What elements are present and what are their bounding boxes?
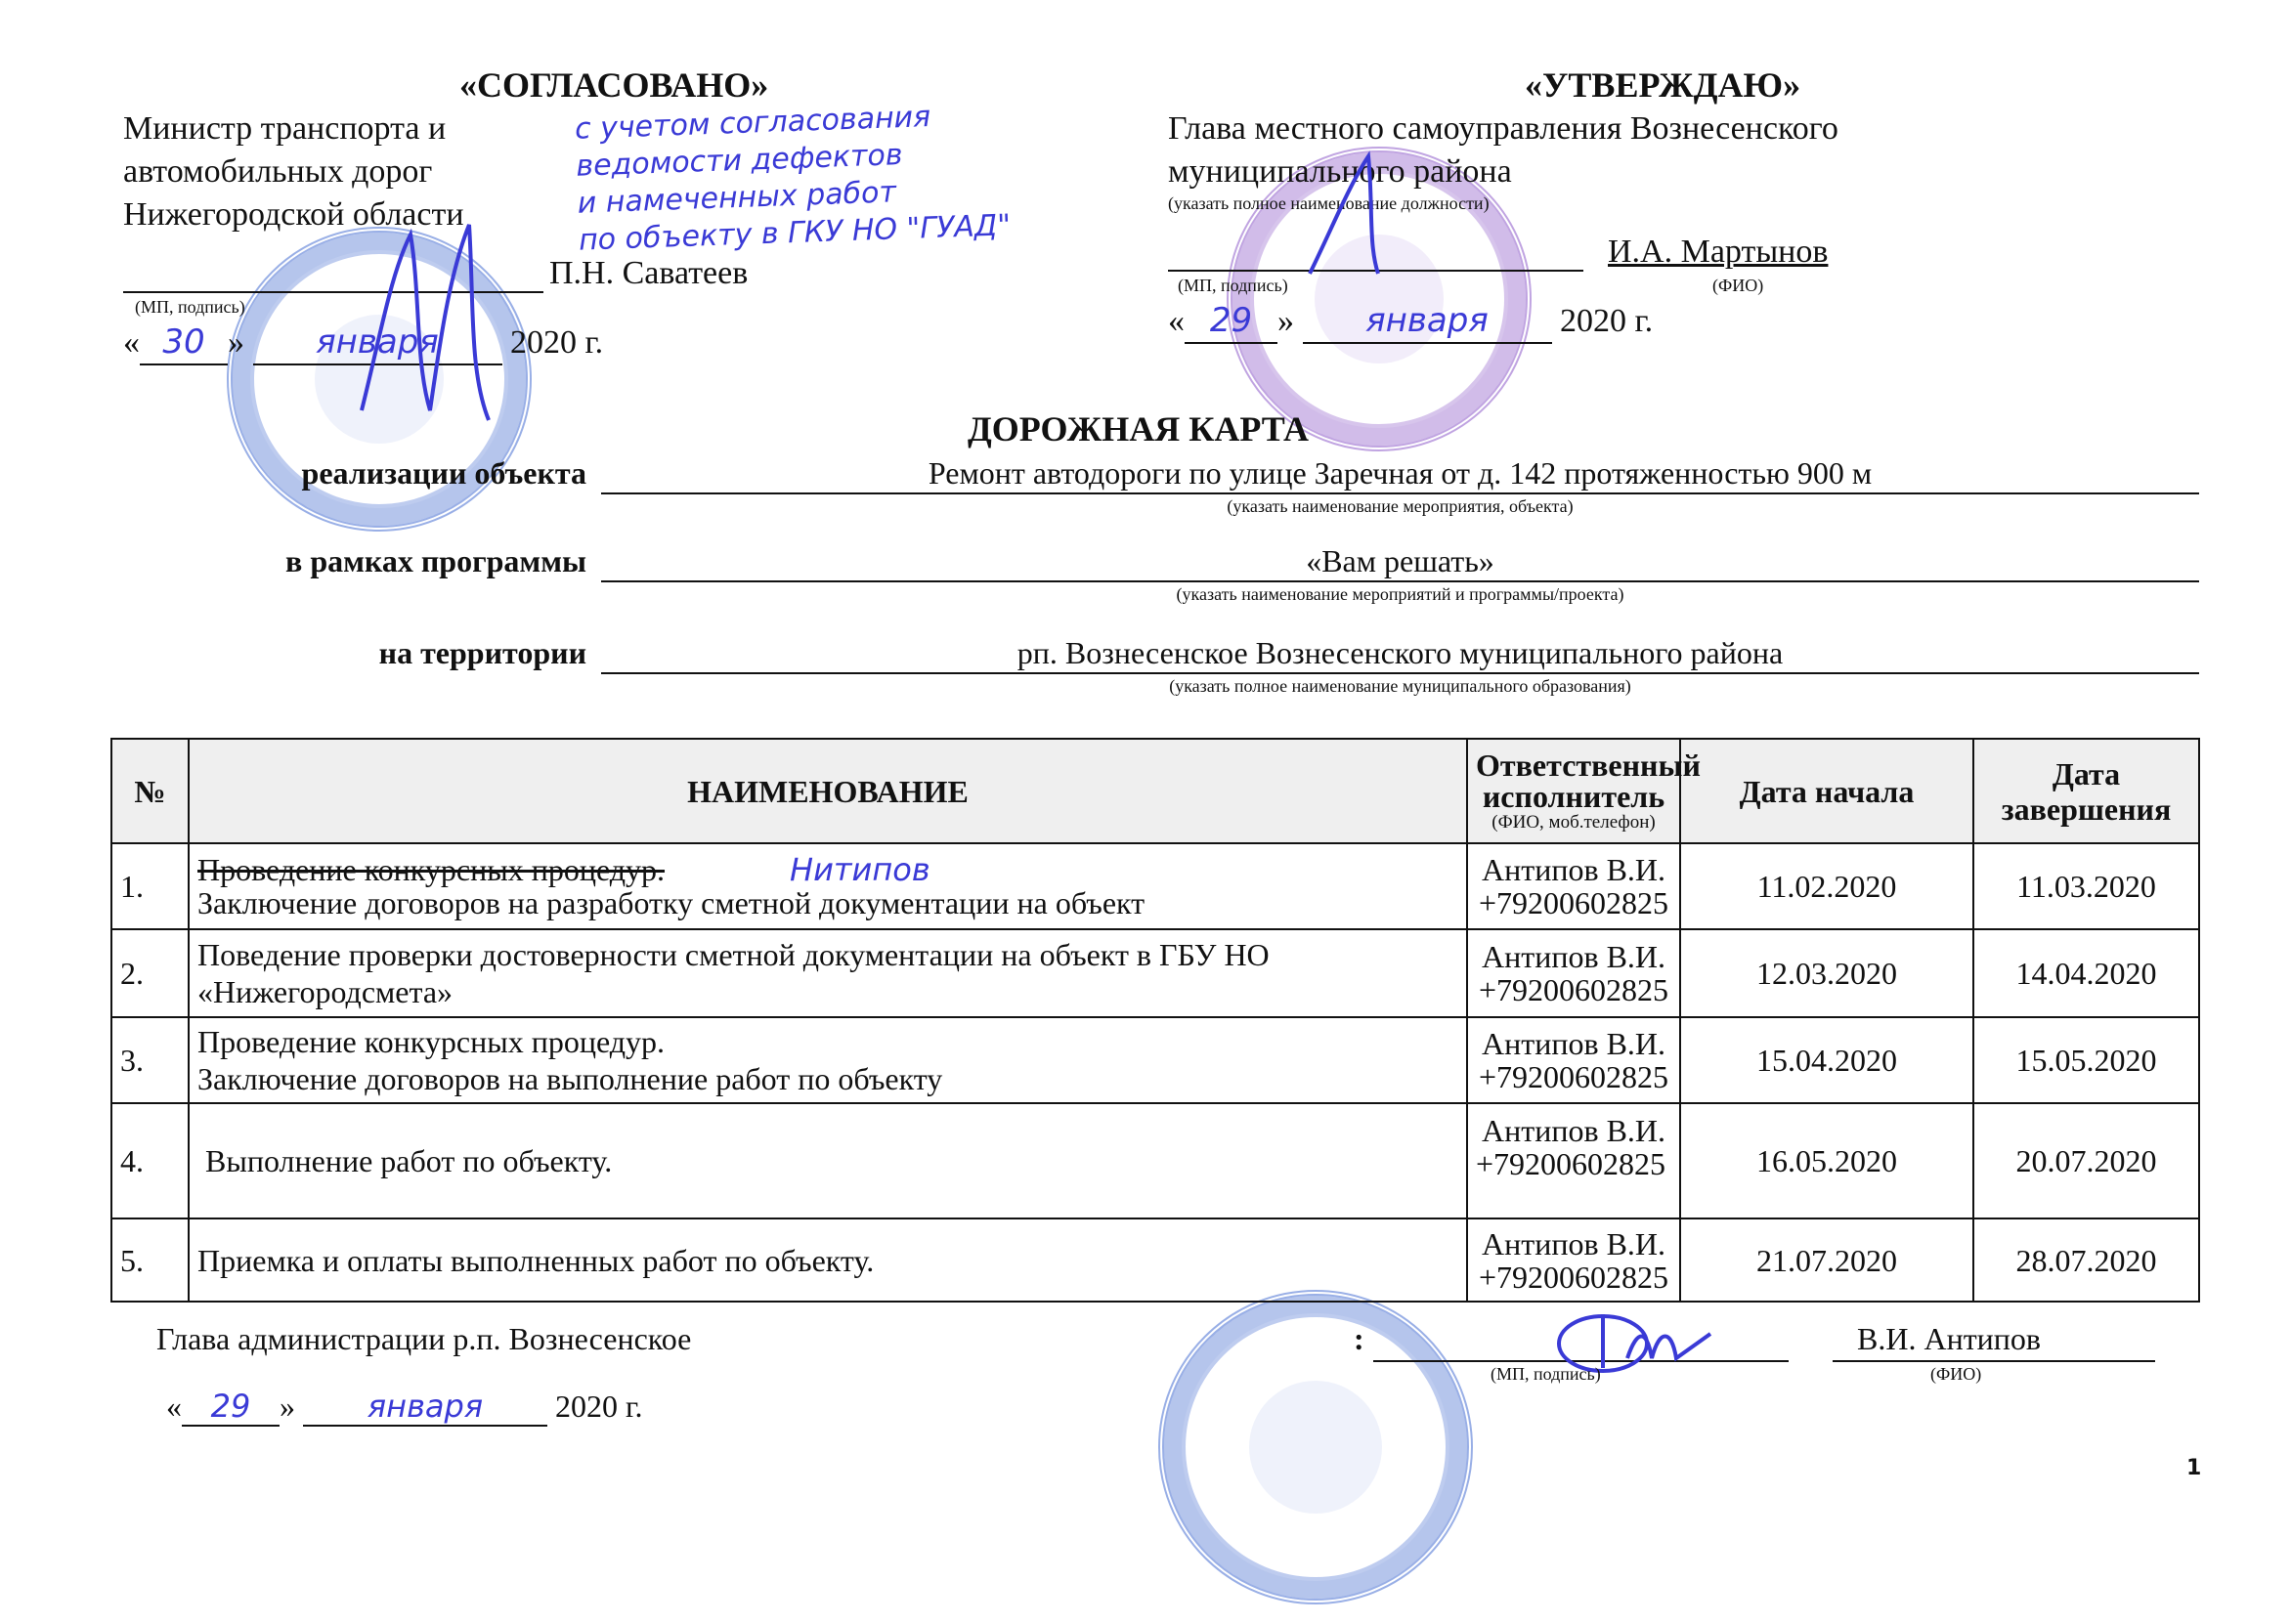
table-row: 3. Проведение конкурсных процедур. Заклю… [111, 1017, 2199, 1103]
row-start-date: 15.04.2020 [1680, 1017, 1973, 1103]
document-title: ДОРОЖНАЯ КАРТА [968, 408, 1309, 449]
approval-right-position: Глава местного самоуправления Вознесенск… [1168, 107, 1838, 193]
field-value-program: «Вам решать» [601, 543, 2199, 579]
date-day-handwritten: 29 [1185, 299, 1277, 344]
row-num: 5. [111, 1218, 189, 1302]
footer-position: Глава администрации р.п. Вознесенское [156, 1321, 691, 1357]
position-line: автомобильных дорог [123, 150, 464, 193]
row-name: Проведение конкурсных процедур. Нитипов … [189, 843, 1467, 929]
struck-text: Проведение конкурсных процедур. [197, 852, 665, 887]
official-stamp-footer [1158, 1290, 1473, 1604]
date-month-handwritten: января [303, 1388, 547, 1427]
field-value-object: Ремонт автодороги по улице Заречная от д… [601, 455, 2199, 491]
handwritten-note: с учетом согласования ведомости дефектов… [574, 96, 1011, 259]
signature-left [323, 215, 518, 430]
field-label-territory: на территории [195, 635, 586, 671]
approval-right-heading: «УТВЕРЖДАЮ» [1525, 64, 1800, 106]
header-start-date: Дата начала [1680, 739, 1973, 843]
field-line [601, 492, 2199, 494]
approver-right-name: И.А. Мартынов [1608, 231, 1828, 274]
row-end-date: 14.04.2020 [1973, 929, 2199, 1017]
row-num: 2. [111, 929, 189, 1017]
date-year: 2020 г. [510, 324, 603, 361]
date-day-handwritten: 29 [182, 1388, 280, 1427]
name-line-footer [1833, 1360, 2155, 1362]
row-start-date: 21.07.2020 [1680, 1218, 1973, 1302]
field-label-program: в рамках программы [195, 543, 586, 579]
row-responsible: Антипов В.И. +79200602825 [1467, 843, 1680, 929]
field-line [601, 672, 2199, 674]
position-line: Министр транспорта и [123, 107, 464, 150]
signature-caption-left: (МП, подпись) [135, 297, 245, 318]
field-value-territory: рп. Вознесенское Вознесенского муниципал… [601, 635, 2199, 671]
field-label-object: реализации объекта [195, 455, 586, 491]
row-num: 4. [111, 1103, 189, 1218]
row-start-date: 11.02.2020 [1680, 843, 1973, 929]
header-num: № [111, 739, 189, 843]
footer-name: В.И. Антипов [1857, 1321, 2041, 1357]
field-caption: (указать наименование мероприятия, объек… [601, 496, 2199, 517]
position-line: Глава местного самоуправления Вознесенск… [1168, 107, 1838, 150]
table-row: 5. Приемка и оплаты выполненных работ по… [111, 1218, 2199, 1302]
header-end-date: Дата завершения [1973, 739, 2199, 843]
date-year: 2020 г. [1560, 303, 1653, 339]
name-caption-footer: (ФИО) [1930, 1364, 1981, 1385]
field-caption: (указать полное наименование муниципальн… [601, 676, 2199, 697]
row-end-date: 28.07.2020 [1973, 1218, 2199, 1302]
signature-right [1290, 147, 1407, 293]
date-day-handwritten: 30 [140, 321, 228, 365]
row-name: Поведение проверки достоверности сметной… [189, 929, 1467, 1017]
row-end-date: 15.05.2020 [1973, 1017, 2199, 1103]
row-responsible: Антипов В.И. +79200602825 [1467, 1218, 1680, 1302]
table-row: 4. Выполнение работ по объекту. Антипов … [111, 1103, 2199, 1218]
header-name: НАИМЕНОВАНИЕ [189, 739, 1467, 843]
position-line: муниципального района [1168, 150, 1838, 193]
approval-right-date: «29» января 2020 г. [1168, 299, 1653, 344]
row-end-date: 11.03.2020 [1973, 843, 2199, 929]
footer-colon: : [1354, 1321, 1364, 1357]
approval-left-heading: «СОГЛАСОВАНО» [459, 64, 768, 106]
date-year: 2020 г. [555, 1389, 643, 1424]
field-caption: (указать наименование мероприятий и прог… [601, 584, 2199, 605]
row-num: 3. [111, 1017, 189, 1103]
field-line [601, 580, 2199, 582]
table-row: 1. Проведение конкурсных процедур. Нитип… [111, 843, 2199, 929]
header-responsible: Ответственный исполнитель (ФИО, моб.теле… [1467, 739, 1680, 843]
row-responsible: Антипов В.И. +79200602825 [1467, 1103, 1680, 1218]
row-name: Выполнение работ по объекту. [189, 1103, 1467, 1218]
handwritten-correction: Нитипов [790, 851, 930, 888]
footer-date: «29» января 2020 г. [166, 1388, 643, 1427]
row-responsible: Антипов В.И. +79200602825 [1467, 1017, 1680, 1103]
row-start-date: 16.05.2020 [1680, 1103, 1973, 1218]
row-name: Проведение конкурсных процедур. Заключен… [189, 1017, 1467, 1103]
row-responsible: Антипов В.И. +79200602825 [1467, 929, 1680, 1017]
table-row: 2. Поведение проверки достоверности смет… [111, 929, 2199, 1017]
name-caption-right: (ФИО) [1712, 276, 1763, 296]
row-name: Приемка и оплаты выполненных работ по об… [189, 1218, 1467, 1302]
roadmap-table: № НАИМЕНОВАНИЕ Ответственный исполнитель… [110, 738, 2200, 1303]
signature-caption-footer: (МП, подпись) [1491, 1364, 1601, 1385]
row-start-date: 12.03.2020 [1680, 929, 1973, 1017]
page-number: 1 [2186, 1456, 2201, 1480]
table-header-row: № НАИМЕНОВАНИЕ Ответственный исполнитель… [111, 739, 2199, 843]
row-end-date: 20.07.2020 [1973, 1103, 2199, 1218]
signature-caption-right: (МП, подпись) [1178, 276, 1288, 296]
row-num: 1. [111, 843, 189, 929]
date-month-handwritten: января [1303, 299, 1552, 344]
